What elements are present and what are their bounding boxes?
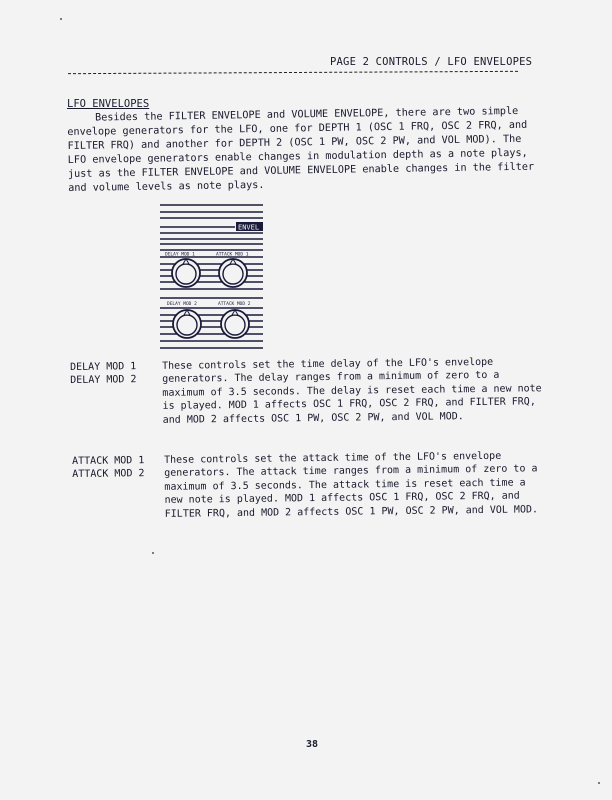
envelope-panel-diagram: ENVEL DELAY MOD 1 ATTACK MOD 1 DELAY MOD… (160, 203, 263, 353)
knob-delay-mod-2[interactable] (173, 310, 201, 338)
scan-speck (598, 782, 600, 784)
intro-paragraph: Besides the FILTER ENVELOPE and VOLUME E… (67, 105, 538, 196)
svg-text:DELAY MOD 1: DELAY MOD 1 (165, 252, 195, 258)
page-header-title: PAGE 2 CONTROLS / LFO ENVELOPES (330, 56, 532, 68)
svg-text:DELAY MOD 2: DELAY MOD 2 (167, 301, 197, 307)
scan-speck (60, 18, 62, 20)
control-panel-illustration: ENVEL DELAY MOD 1 ATTACK MOD 1 DELAY MOD… (160, 203, 263, 353)
knob-attack-mod-2[interactable] (221, 310, 249, 338)
header-divider (68, 71, 518, 74)
svg-text:ATTACK MOD 1: ATTACK MOD 1 (216, 252, 249, 258)
knob-delay-mod-1[interactable] (172, 259, 200, 287)
definition-description: These controls set the attack time of th… (164, 449, 545, 521)
definition-terms: ATTACK MOD 1 ATTACK MOD 2 (72, 454, 167, 482)
page-number: 38 (306, 739, 318, 750)
manual-page: PAGE 2 CONTROLS / LFO ENVELOPES LFO ENVE… (0, 0, 612, 800)
intro-text: Besides the FILTER ENVELOPE and VOLUME E… (67, 105, 538, 196)
svg-text:ATTACK MOD 2: ATTACK MOD 2 (218, 301, 251, 307)
definition-terms: DELAY MOD 1 DELAY MOD 2 (70, 360, 165, 388)
panel-label: ENVEL (238, 224, 259, 232)
section-heading: LFO ENVELOPES (67, 98, 149, 110)
scan-speck (152, 552, 154, 554)
knob-attack-mod-1[interactable] (219, 259, 247, 287)
definition-description: These controls set the time delay of the… (162, 355, 543, 427)
